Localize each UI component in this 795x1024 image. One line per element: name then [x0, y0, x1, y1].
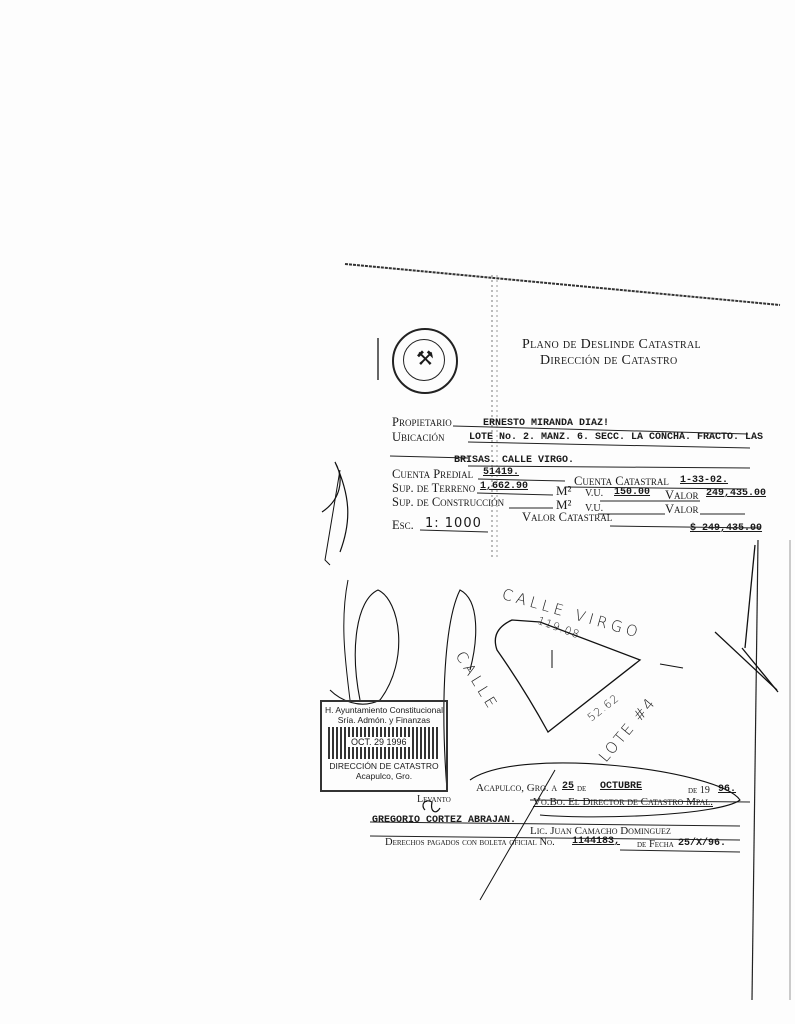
stamp-line2: Sría. Admón. y Finanzas — [322, 715, 446, 725]
ubicacion-label: Ubicación — [392, 430, 445, 445]
surveyor-name: GREGORIO CORTEZ ABRAJAN. — [372, 815, 516, 826]
sup-terreno-value: 1,662.90 — [480, 481, 528, 492]
vu-terreno-value: 150.00 — [614, 487, 650, 498]
derechos-label: Derechos pagados con boleta oficial No. — [385, 837, 555, 848]
stamp-date: OCT. 29 1996 — [348, 737, 410, 747]
stamp-line4: Acapulco, Gro. — [322, 771, 446, 781]
boleta-number: 1144183, — [572, 836, 620, 847]
municipal-seal: ⚒ — [392, 328, 458, 394]
valor-terreno-value: 249,435.00 — [706, 488, 766, 499]
vobo-label: Vo.Bo. El Director de Catastro Mpal. — [533, 796, 713, 808]
place-date-prefix: Acapulco, Gro. a — [476, 782, 557, 794]
date-de1: de — [577, 783, 586, 794]
cuenta-catastral-value: 1-33-02. — [680, 475, 728, 486]
propietario-label: Propietario — [392, 415, 452, 430]
escala-value: 1: 1000 — [425, 516, 482, 531]
valor-catastral-label: Valor Catastral — [522, 510, 612, 525]
catastro-stamp: H. Ayuntamiento Constitucional Sría. Adm… — [320, 700, 448, 792]
valor-label-construccion: Valor — [665, 502, 699, 517]
propietario-value: ERNESTO MIRANDA DIAZ! — [483, 418, 609, 429]
ubicacion-line2: BRISAS. CALLE VIRGO. — [454, 455, 574, 466]
seal-emblem-icon: ⚒ — [416, 346, 434, 371]
ubicacion-line1: LOTE No. 2. MANZ. 6. SECC. LA CONCHA. FR… — [469, 432, 763, 443]
vu-label-terreno: V.U. — [585, 488, 603, 499]
document-subtitle: Dirección de Catastro — [540, 353, 678, 369]
document-title: Plano de Deslinde Catastral — [522, 337, 701, 353]
stamp-line3: DIRECCIÓN DE CATASTRO — [322, 761, 446, 771]
stamp-line1: H. Ayuntamiento Constitucional — [322, 705, 446, 715]
cuenta-predial-value: 51419. — [483, 467, 519, 478]
valor-label-terreno: Valor — [665, 488, 699, 503]
date-month: OCTUBRE — [600, 781, 642, 792]
cuenta-predial-label: Cuenta Predial — [392, 467, 473, 482]
fecha-label: de Fecha — [637, 839, 674, 850]
levanto-label: Levanto — [417, 794, 451, 805]
fecha-value: 25/X/96. — [678, 838, 726, 849]
sup-terreno-label: Sup. de Terreno — [392, 481, 475, 496]
date-day: 25 — [562, 781, 574, 792]
stamp-barcode: OCT. 29 1996 — [328, 727, 440, 759]
sup-construccion-label: Sup. de Construcción — [392, 495, 504, 510]
valor-catastral-value: $ 249,435.00 — [690, 523, 762, 534]
escala-label: Esc. — [392, 518, 414, 533]
date-year: 96. — [718, 784, 736, 795]
date-de2: de 19 — [688, 785, 710, 796]
